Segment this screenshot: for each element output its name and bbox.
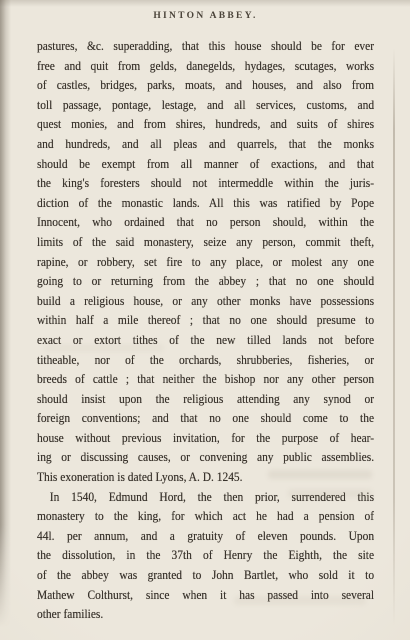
text-line: 44l. per annum, and a gratuity of eleven… <box>37 527 374 547</box>
text-line: of the abbey was granted to John Bartlet… <box>37 566 374 586</box>
text-line: limits of the said monastery, seize any … <box>37 233 374 253</box>
text-line: ing or discussing causes, or convening a… <box>37 448 374 468</box>
text-line: the dissolution, in the 37th of Henry th… <box>37 546 374 566</box>
text-line: should be exempt from all manner of exac… <box>37 155 374 175</box>
text-line: build a religious house, or any other mo… <box>37 292 374 312</box>
text-line: This exoneration is dated Lyons, A. D. 1… <box>37 468 374 488</box>
text-line: and hundreds, and all pleas and quarrels… <box>37 135 374 155</box>
text-line: free and quit from gelds, danegelds, hyd… <box>37 57 374 77</box>
text-line: exact or extort tithes of the new tilled… <box>37 331 374 351</box>
book-page: HINTON ABBEY. pastures, &c. superadding,… <box>0 0 410 640</box>
text-line: titheable, nor of the orchards, shrubber… <box>37 351 374 371</box>
text-line: quest monies, and from shires, hundreds,… <box>37 115 374 135</box>
text-line: house without previous invitation, for t… <box>37 429 374 449</box>
text-line: monastery to the king, for which act he … <box>37 507 374 527</box>
text-line: of castles, bridges, parks, moats, and h… <box>37 76 374 96</box>
text-line: Mathew Colthurst, since when it has pass… <box>37 586 374 606</box>
text-line: rapine, or robbery, set fire to any plac… <box>37 253 374 273</box>
text-line: other families. <box>37 605 374 625</box>
text-line: should insist upon the religious attendi… <box>37 390 374 410</box>
text-line: toll passage, pontage, lestage, and all … <box>37 96 374 116</box>
page-gutter-shadow <box>0 0 11 640</box>
page-edge-line <box>393 48 395 626</box>
text-line: within half a mile thereof ; that no one… <box>37 311 374 331</box>
text-line: foreign conventions; and that no one sho… <box>37 409 374 429</box>
text-line: diction of the monastic lands. All this … <box>37 194 374 214</box>
text-line: going to or returning from the abbey ; t… <box>37 272 374 292</box>
text-line: In 1540, Edmund Hord, the then prior, su… <box>37 488 374 508</box>
running-header: HINTON ABBEY. <box>37 11 374 21</box>
page-top-shadow <box>0 0 410 7</box>
text-line: Innocent, who ordained that no person sh… <box>37 213 374 233</box>
text-line: the king's foresters should not intermed… <box>37 174 374 194</box>
text-line: breeds of cattle ; that neither the bish… <box>37 370 374 390</box>
page-text: pastures, &c. superadding, that this hou… <box>37 37 374 625</box>
text-line: pastures, &c. superadding, that this hou… <box>37 37 374 57</box>
